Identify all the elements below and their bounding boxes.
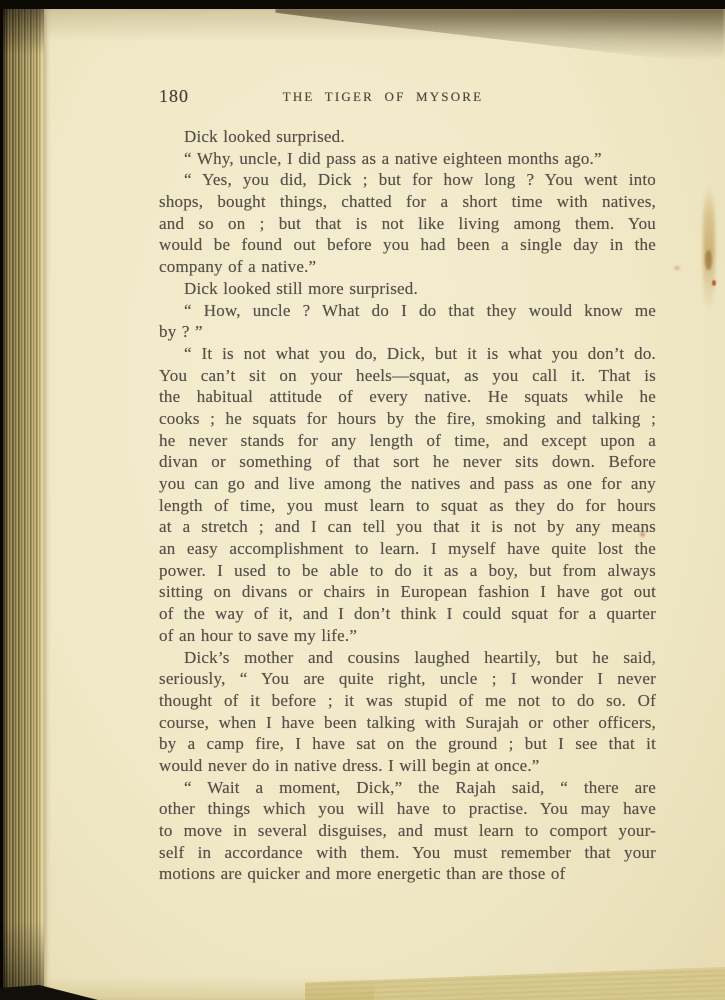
text-line: Dick’s mother and cousins laughed hearti… [159, 647, 656, 669]
book-page-scan: 180 THE TIGER OF MYSORE Dick looked surp… [0, 0, 725, 1000]
text-line: Dick looked surprised. [159, 126, 656, 148]
page-stain-red-dot [712, 280, 716, 286]
text-line: by a camp fire, I have sat on the ground… [159, 733, 656, 755]
text-line: company of a native.” [159, 256, 656, 278]
paragraph: “ Wait a moment, Dick,” the Rajah said, … [159, 777, 656, 885]
text-line: You can’t sit on your heels—squat, as yo… [159, 365, 656, 387]
text-line: to move in several disguises, and must l… [159, 820, 656, 842]
text-line: and so on ; but that is not like living … [159, 213, 656, 235]
text-line: Dick looked still more surprised. [159, 278, 656, 300]
bottom-page-edges [305, 954, 725, 1000]
bottom-soft-shadow [44, 976, 374, 1000]
paragraph: Dick’s mother and cousins laughed hearti… [159, 647, 656, 777]
text-line: you can go and live among the natives an… [159, 473, 656, 495]
running-title: THE TIGER OF MYSORE [283, 89, 484, 105]
book-page-edges [0, 6, 46, 990]
paragraph: “ Why, uncle, I did pass as a native eig… [159, 148, 656, 170]
text-line: would never do in native dress. I will b… [159, 755, 656, 777]
text-line: “ Why, uncle, I did pass as a native eig… [159, 148, 656, 170]
text-line: thought of it before ; it was stupid of … [159, 690, 656, 712]
book-page: 180 THE TIGER OF MYSORE Dick looked surp… [44, 8, 725, 1000]
text-line: an easy accomplishment to learn. I mysel… [159, 538, 656, 560]
paragraph: “ It is not what you do, Dick, but it is… [159, 343, 656, 647]
text-line: of an hour to save my life.” [159, 625, 656, 647]
text-line: he never stands for any length of time, … [159, 430, 656, 452]
page-text: Dick looked surprised.“ Why, uncle, I di… [159, 126, 656, 885]
page-stain-blob [705, 250, 712, 270]
text-line: length of time, you must learn to squat … [159, 495, 656, 517]
text-line: by ? ” [159, 321, 656, 343]
text-line: “ Wait a moment, Dick,” the Rajah said, … [159, 777, 656, 799]
text-line: divan or something of that sort he never… [159, 451, 656, 473]
page-top-shadow [275, 8, 725, 66]
text-line: the habitual attitude of every native. H… [159, 386, 656, 408]
paragraph: Dick looked still more surprised. [159, 278, 656, 300]
text-line: would be found out before you had been a… [159, 234, 656, 256]
text-line: motions are quicker and more energetic t… [159, 863, 656, 885]
text-line: other things which you will have to prac… [159, 798, 656, 820]
text-line: seriously, “ You are quite right, uncle … [159, 668, 656, 690]
paragraph: “ Yes, you did, Dick ; but for how long … [159, 169, 656, 277]
text-line: “ It is not what you do, Dick, but it is… [159, 343, 656, 365]
page-stain-streak [703, 186, 715, 312]
page-top-soft-shadow [44, 8, 725, 42]
text-line: at a stretch ; and I can tell you that i… [159, 516, 656, 538]
text-line: cooks ; he squats for hours by the fire,… [159, 408, 656, 430]
text-line: “ How, uncle ? What do I do that they wo… [159, 300, 656, 322]
text-line: of the way of it, and I don’t think I co… [159, 603, 656, 625]
background-top-strip [0, 0, 725, 9]
text-line: shops, bought things, chatted for a shor… [159, 191, 656, 213]
paragraph: Dick looked surprised. [159, 126, 656, 148]
text-line: self in accordance with them. You must r… [159, 842, 656, 864]
page-number: 180 [159, 86, 189, 107]
paragraph: “ How, uncle ? What do I do that they wo… [159, 300, 656, 343]
text-line: “ Yes, you did, Dick ; but for how long … [159, 169, 656, 191]
text-line: course, when I have been talking with Su… [159, 712, 656, 734]
text-line: sitting on divans or chairs in European … [159, 581, 656, 603]
running-head: 180 THE TIGER OF MYSORE [159, 86, 656, 108]
text-line: power. I used to be able to do it as a b… [159, 560, 656, 582]
page-stain-speck [674, 266, 680, 270]
